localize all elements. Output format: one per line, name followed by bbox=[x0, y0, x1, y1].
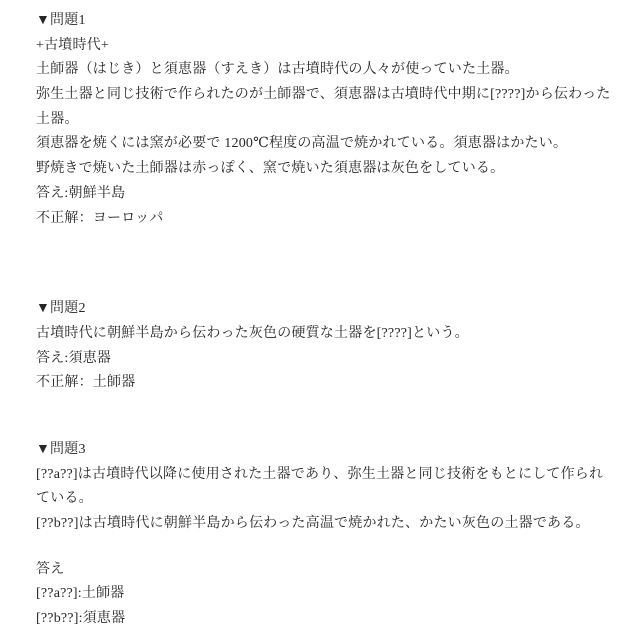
question-3-block: ▼問題3 [??a??]は古墳時代以降に使用された土器であり、弥生土器と同じ技術… bbox=[36, 438, 626, 537]
question-1-wrong-answer: 不正解：ヨーロッパ bbox=[36, 207, 626, 232]
answer-b: [??b??]:須恵器 bbox=[36, 607, 626, 632]
question-3-text-line: [??b??]は古墳時代に朝鮮半島から伝わった高温で焼かれた、かたい灰色の土器で… bbox=[36, 512, 626, 537]
question-2-text-line: 古墳時代に朝鮮半島から伝わった灰色の硬質な土器を[????]という。 bbox=[36, 322, 626, 347]
question-1-topic: +古墳時代+ bbox=[36, 34, 626, 59]
question-1-text-line: 土器。 bbox=[36, 108, 626, 133]
question-2-block: ▼問題2 古墳時代に朝鮮半島から伝わった灰色の硬質な土器を[????]という。 … bbox=[36, 297, 626, 396]
question-1-text-line: 弥生土器と同じ技術で作られたのが土師器で、須恵器は古墳時代中期に[????]から… bbox=[36, 83, 626, 108]
question-3-header: ▼問題3 bbox=[36, 438, 626, 463]
question-3-text-line: ている。 bbox=[36, 487, 626, 512]
answer-a: [??a??]:土師器 bbox=[36, 582, 626, 607]
question-3-answers-block: 答え [??a??]:土師器 [??b??]:須恵器 bbox=[36, 558, 626, 632]
answers-header: 答え bbox=[36, 558, 626, 583]
question-2-wrong-answer: 不正解：土師器 bbox=[36, 371, 626, 396]
question-1-text-line: 野焼きで焼いた土師器は赤っぽく、窯で焼いた須恵器は灰色をしている。 bbox=[36, 157, 626, 182]
question-1-header: ▼問題1 bbox=[36, 9, 626, 34]
question-3-text-line: [??a??]は古墳時代以降に使用された土器であり、弥生土器と同じ技術をもとにし… bbox=[36, 463, 626, 488]
question-1-text-line: 土師器（はじき）と須恵器（すえき）は古墳時代の人々が使っていた土器。 bbox=[36, 58, 626, 83]
question-1-block: ▼問題1 +古墳時代+ 土師器（はじき）と須恵器（すえき）は古墳時代の人々が使っ… bbox=[36, 9, 626, 231]
quiz-notes-document: ▼問題1 +古墳時代+ 土師器（はじき）と須恵器（すえき）は古墳時代の人々が使っ… bbox=[36, 9, 626, 632]
question-2-header: ▼問題2 bbox=[36, 297, 626, 322]
question-1-answer: 答え:朝鮮半島 bbox=[36, 182, 626, 207]
question-2-answer: 答え:須恵器 bbox=[36, 347, 626, 372]
question-1-text-line: 須恵器を焼くには窯が必要で 1200℃程度の高温で焼かれている。須恵器はかたい。 bbox=[36, 132, 626, 157]
